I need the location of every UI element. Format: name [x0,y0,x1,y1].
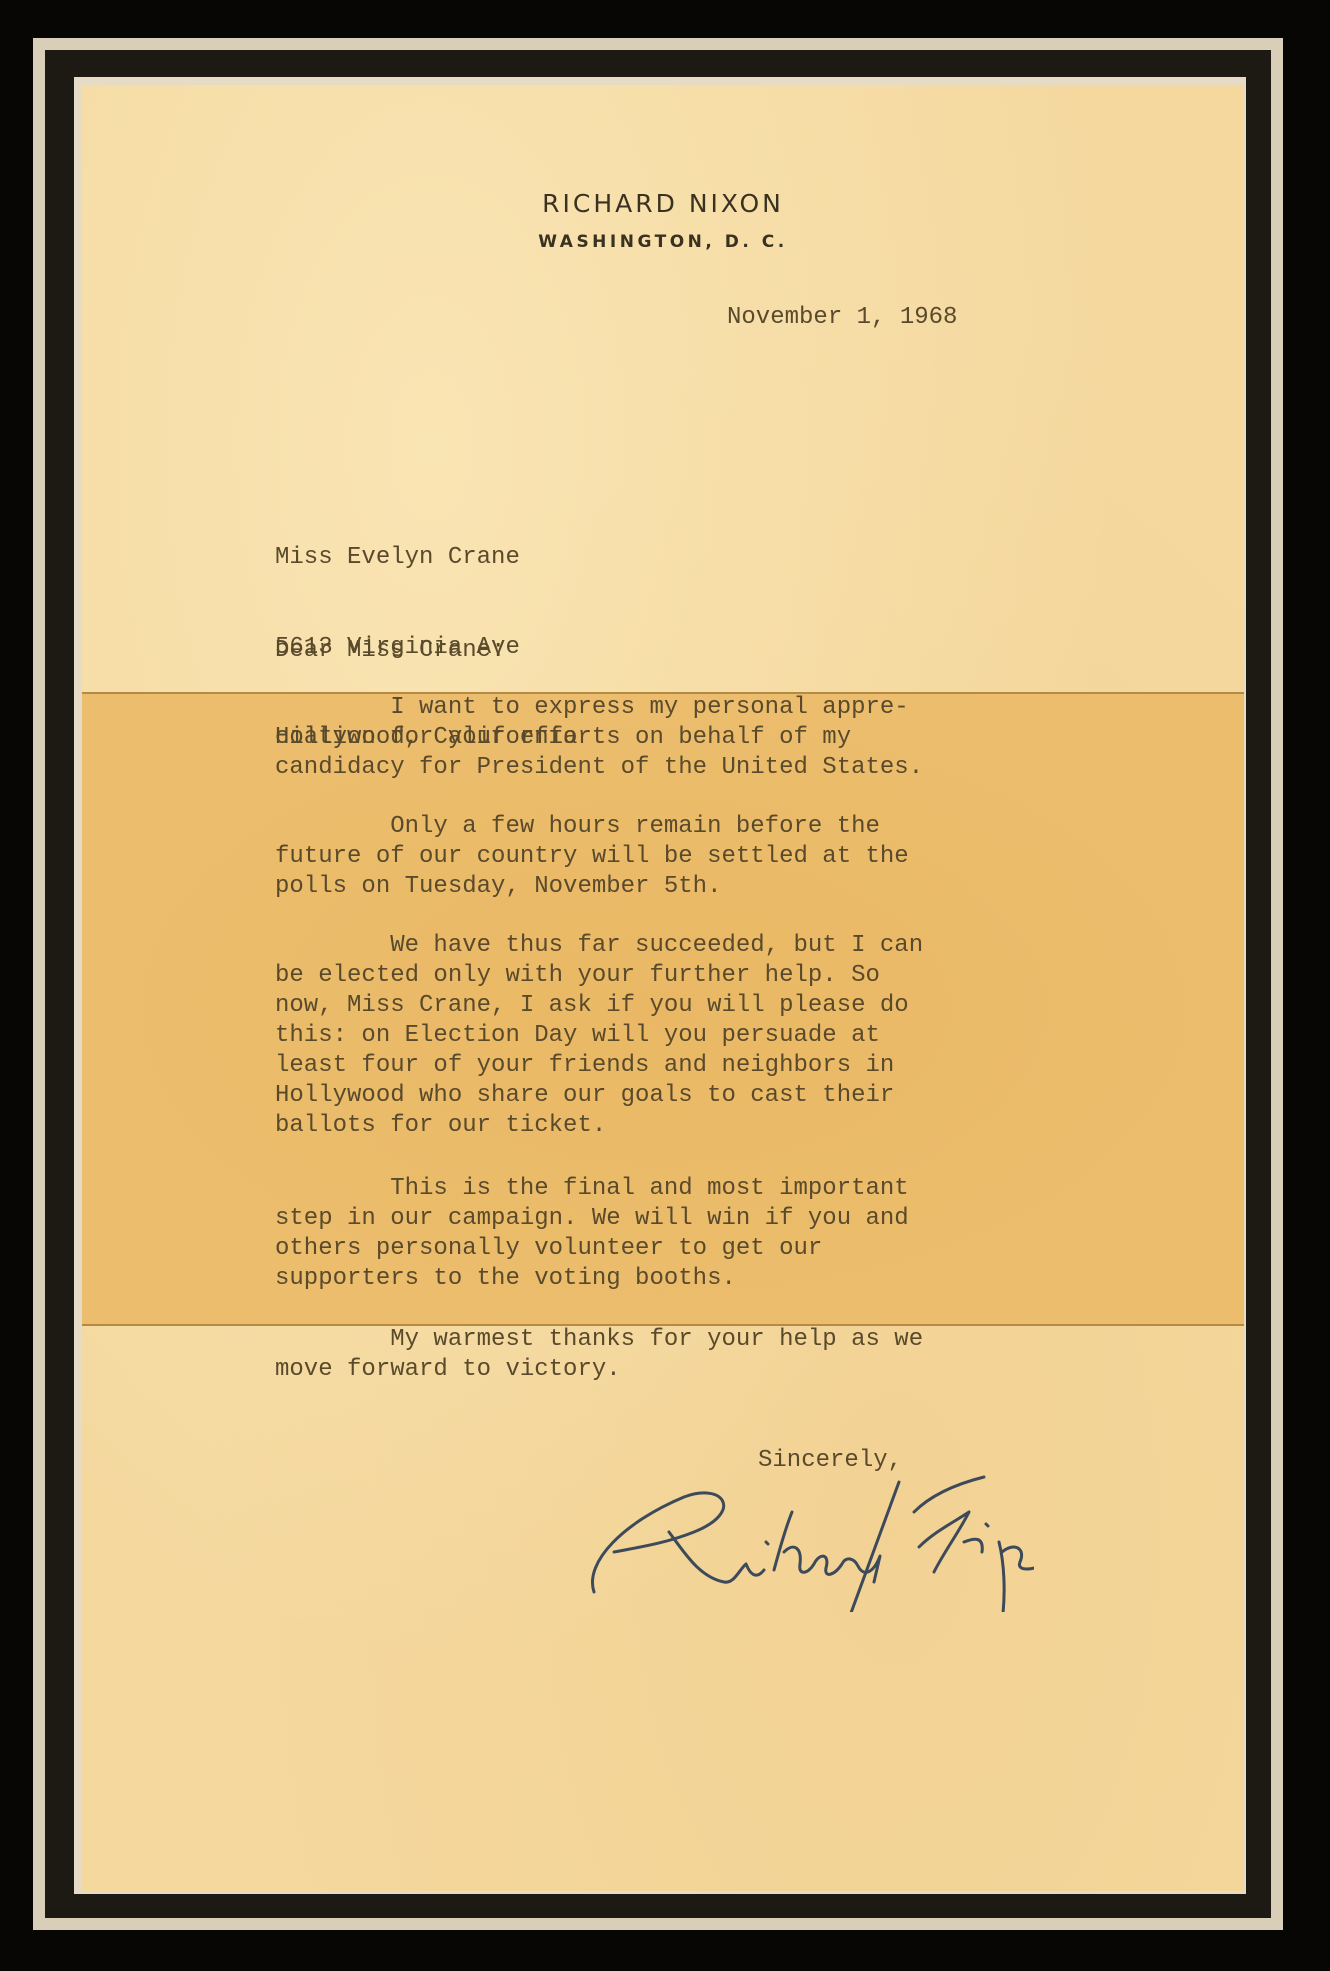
letterhead-name: RICHARD NIXON [82,189,1244,218]
letterhead-location: WASHINGTON, D. C. [82,232,1244,252]
recipient-name: Miss Evelyn Crane [275,543,577,573]
letter-paper: RICHARD NIXON WASHINGTON, D. C. November… [82,85,1244,1891]
signature [574,1452,1034,1612]
body-paragraph: I want to express my personal appre- cia… [275,693,923,783]
salutation: Dear Miss Crane: [275,636,505,666]
letter-date: November 1, 1968 [727,303,957,333]
body-paragraph: This is the final and most important ste… [275,1174,909,1294]
body-paragraph: We have thus far succeeded, but I can be… [275,931,923,1141]
body-paragraph: My warmest thanks for your help as we mo… [275,1325,923,1385]
body-paragraph: Only a few hours remain before the futur… [275,812,909,902]
